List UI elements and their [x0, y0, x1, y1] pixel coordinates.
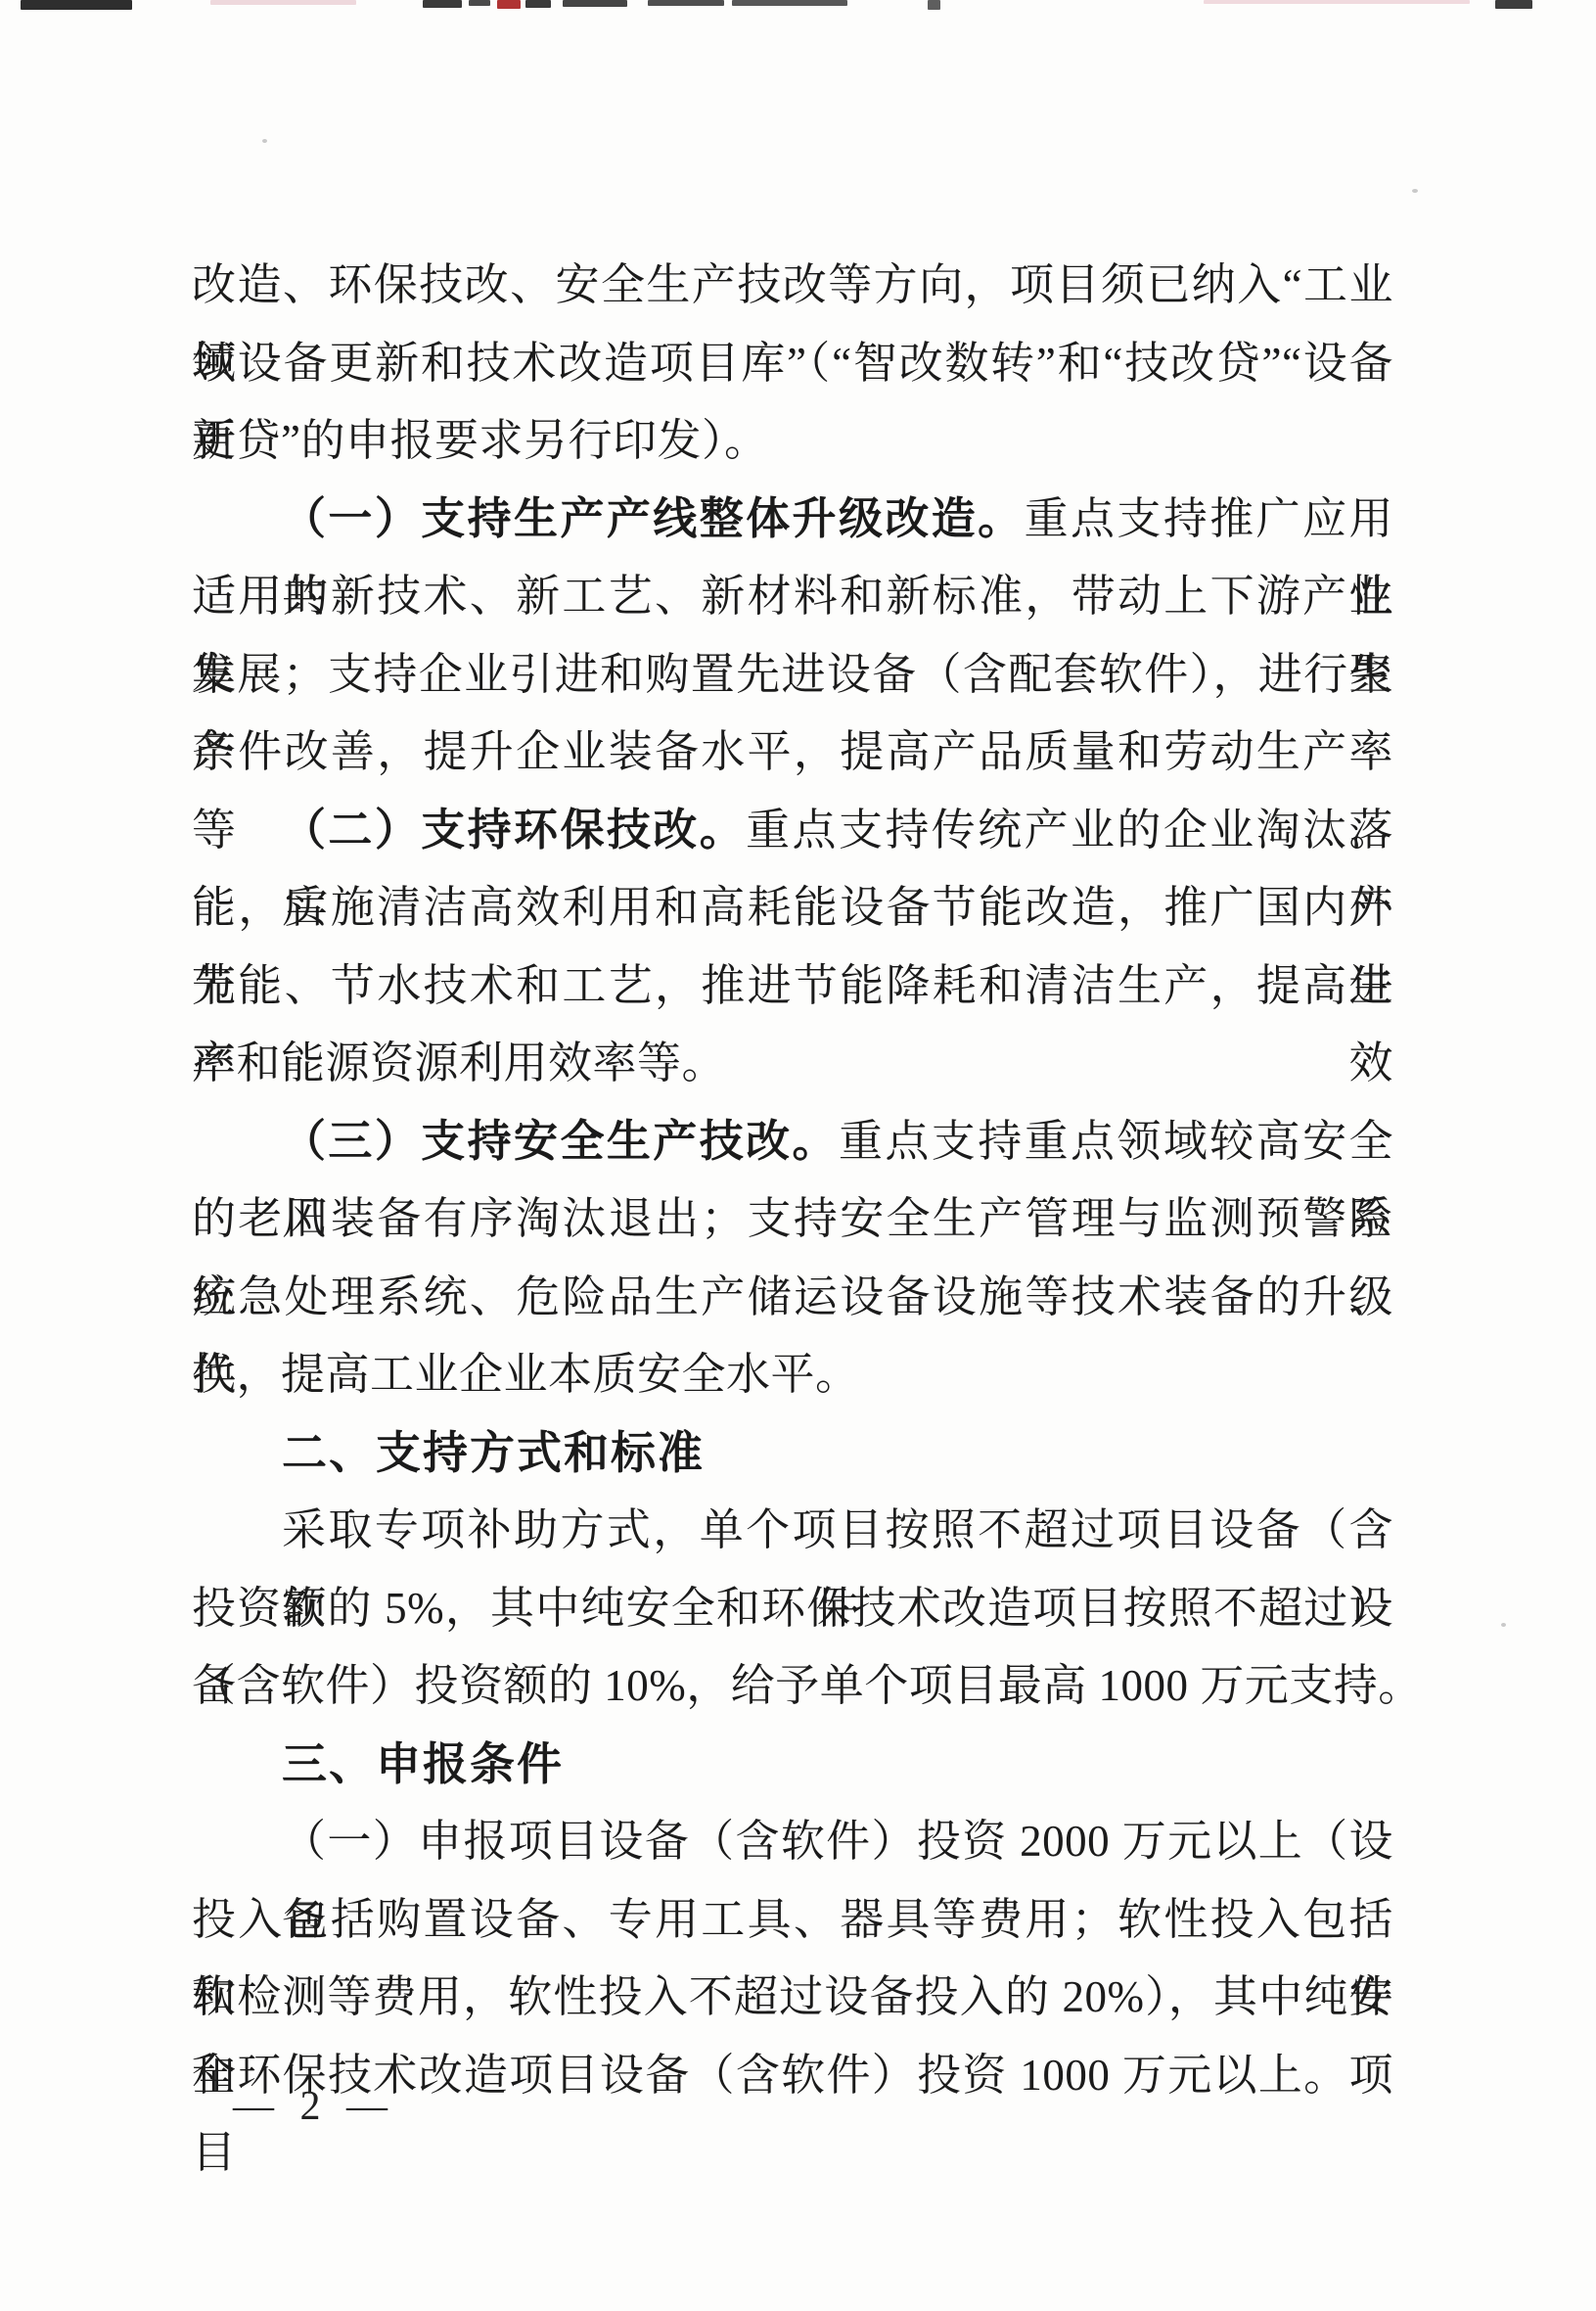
scan-artifact: [563, 0, 627, 7]
text-line: 采取专项补助方式，单个项目按照不超过项目设备（含软件）: [192, 1492, 1393, 1570]
scan-speck: [1412, 189, 1418, 193]
scan-artifact: [469, 0, 490, 6]
document-body: 改造、环保技改、安全生产技改等方向，项目须已纳入“工业领 域设备更新和技术改造项…: [192, 247, 1393, 2114]
text-line: （含软件）投资额的 10%，给予单个项目最高 1000 万元支持。: [192, 1647, 1393, 1726]
text-line: （一）支持生产产线整体升级改造。重点支持推广应用共性: [192, 481, 1393, 559]
text-line: 的老旧装备有序淘汰退出；支持安全生产管理与监测预警系统、: [192, 1180, 1393, 1259]
section-heading-support-method: 二、支持方式和标准: [192, 1414, 1393, 1493]
paragraph-lead: （二）支持环保技改。: [282, 806, 746, 855]
scan-artifact: [928, 0, 940, 10]
scan-artifact: [423, 0, 462, 8]
scan-artifact: [210, 0, 356, 5]
text-line: 适用的新技术、新工艺、新材料和新标准，带动上下游产业集聚: [192, 558, 1393, 636]
text-line: 节能、节水技术和工艺，推进节能降耗和清洁生产，提高生产效: [192, 948, 1393, 1026]
scan-speck: [262, 139, 267, 143]
text-line: （二）支持环保技改。重点支持传统产业的企业淘汰落后产: [192, 792, 1393, 870]
text-line: 改造、环保技改、安全生产技改等方向，项目须已纳入“工业领: [192, 247, 1393, 325]
page-number: — 2 —: [233, 2083, 395, 2130]
scan-artifact: [525, 0, 551, 8]
scan-artifact: [732, 0, 847, 6]
text-line: 和检测等费用，软性投入不超过设备投入的 20%），其中纯安全: [192, 1959, 1393, 2037]
scan-artifact: [648, 0, 724, 6]
text-line: 应急处理系统、危险品生产储运设备设施等技术装备的升级换: [192, 1259, 1393, 1337]
text-line: 新贷”的申报要求另行印发）。: [192, 402, 1393, 481]
text-line: 投入包括购置设备、专用工具、器具等费用；软性投入包括软件: [192, 1881, 1393, 1960]
scan-speck: [1501, 1623, 1506, 1627]
text-line: （一）申报项目设备（含软件）投资 2000 万元以上（设备: [192, 1803, 1393, 1881]
scan-artifact: [497, 0, 521, 9]
text-line: （三）支持安全生产技改。重点支持重点领域较高安全风险: [192, 1103, 1393, 1181]
text-line: 投资额的 5%，其中纯安全和环保技术改造项目按照不超过设备: [192, 1570, 1393, 1648]
text-line: 能，实施清洁高效利用和高耗能设备节能改造，推广国内外先进: [192, 869, 1393, 948]
text-line: 代，提高工业企业本质安全水平。: [192, 1336, 1393, 1414]
text-line: 发展；支持企业引进和购置先进设备（含配套软件），进行生产: [192, 636, 1393, 715]
text-line: 域设备更新和技术改造项目库”（“智改数转”和“技改贷”“设备更: [192, 325, 1393, 403]
scan-artifact: [1495, 0, 1532, 9]
text-line: 条件改善，提升企业装备水平，提高产品质量和劳动生产率等。: [192, 714, 1393, 792]
paragraph-lead: （三）支持安全生产技改。: [282, 1117, 839, 1166]
paragraph-lead: （一）支持生产产线整体升级改造。: [282, 494, 1025, 543]
scan-artifact: [21, 0, 132, 10]
document-page: 改造、环保技改、安全生产技改等方向，项目须已纳入“工业领 域设备更新和技术改造项…: [0, 0, 1596, 2311]
scan-artifact: [1204, 0, 1470, 4]
section-heading-application-conditions: 三、申报条件: [192, 1726, 1393, 1804]
